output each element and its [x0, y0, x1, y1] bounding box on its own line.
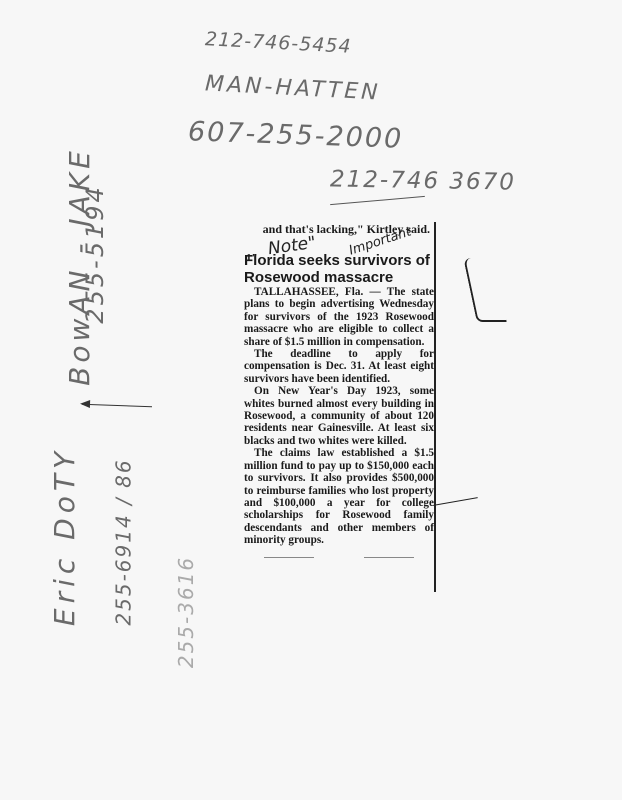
handwritten-bracket-icon	[463, 258, 507, 322]
handwritten-underline	[330, 196, 425, 205]
handwritten-dash-mark	[433, 497, 477, 506]
clipping-paragraph: The claims law established a $1.5 millio…	[244, 447, 434, 546]
clipping-paragraph: TALLAHASSEE, Fla. — The state plans to b…	[244, 286, 434, 348]
handwritten-phone-1: 212-746-5454	[205, 28, 353, 58]
margin-mark: 1"	[246, 252, 258, 264]
clipping-paragraph: On New Year's Day 1923, some whites burn…	[244, 385, 434, 447]
handwritten-arrow-icon	[82, 404, 152, 407]
clipping-body: TALLAHASSEE, Fla. — The state plans to b…	[244, 286, 434, 547]
newspaper-clipping: and that's lacking," Kirtley said. 1" No…	[238, 222, 436, 592]
handwritten-name-doty: Eric DoTY	[48, 447, 81, 626]
clipping-footer-rule	[244, 557, 434, 558]
handwritten-phone-bowan: 255-5194	[81, 184, 109, 324]
clipping-paragraph: The deadline to apply for compensation i…	[244, 348, 434, 385]
handwritten-phone-faint: 255-3616	[174, 556, 198, 668]
handwritten-phone-3: 212-746 3670	[330, 166, 516, 195]
handwritten-phone-doty: 255-6914 / 86	[112, 458, 136, 625]
handwritten-name-manhattan: MAN-HATTEN	[204, 71, 381, 105]
handwritten-phone-2: 607-255-2000	[188, 116, 404, 154]
